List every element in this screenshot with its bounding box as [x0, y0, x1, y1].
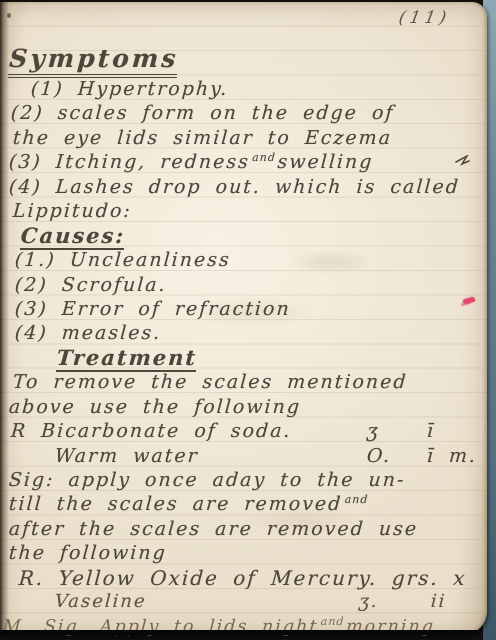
- symptom-item-4: (4) Lashes drop out. which is called: [8, 175, 479, 199]
- superscript-and: and: [252, 151, 277, 164]
- rx-unit-symbol: O.: [366, 444, 392, 468]
- treatment-text-1: To remove the scales mentioned: [8, 370, 479, 394]
- rx-unit-symbol: ʒ: [366, 419, 380, 443]
- symptom-3-text: (3) Itching, redness: [8, 151, 251, 173]
- ink-speck: [7, 13, 11, 18]
- rx-row-vaseline: Vaselineʒ.ii: [8, 590, 479, 614]
- heading-causes: Causes:: [8, 224, 479, 248]
- sig-text-1: Sig: apply once aday to the un-: [8, 468, 479, 492]
- symptom-3-text-cont: swelling: [277, 151, 374, 173]
- symptom-item-3: (3) Itching, rednessandswelling: [8, 150, 479, 174]
- rx-row-bicarbonate: R Bicarbonate of soda.ʒī: [8, 419, 479, 443]
- rx-ingredient: Warm water: [54, 445, 199, 467]
- notebook-photo: (11) Symptoms (1) Hypertrophy. (2) scale…: [0, 0, 496, 640]
- rx-row-yellow-oxide: R. Yellow Oxide of Mercury. grs. x: [8, 566, 479, 590]
- symptom-item-4-cont: Lippitudo:: [8, 199, 479, 223]
- cause-item-4: (4) measles.: [8, 321, 479, 345]
- sig-text: till the scales are removed: [8, 493, 343, 515]
- rx-row-warm-water: Warm waterO.ī m.: [8, 444, 479, 468]
- rx-quantity: ī m.: [426, 444, 478, 468]
- symptom-item-2: (2) scales form on the edge of: [8, 101, 479, 125]
- heading-symptoms: Symptoms: [8, 44, 479, 77]
- sig-text-2: till the scales are removedand: [8, 492, 479, 516]
- symptom-item-1: (1) Hypertrophy.: [8, 77, 479, 101]
- page-number: (11): [397, 8, 451, 28]
- cause-item-1: (1.) Uncleanliness: [8, 248, 479, 272]
- rx-ingredient: Vaseline: [54, 591, 147, 612]
- treatment-text-2: above use the following: [8, 395, 479, 419]
- cause-item-3: (3) Error of refraction: [8, 297, 479, 321]
- rx-quantity: ī: [426, 419, 436, 443]
- cause-item-2: (2) Scrofula.: [8, 273, 479, 297]
- photo-bottom-edge: [0, 630, 481, 635]
- sig-text-3: after the scales are removed use: [8, 517, 479, 541]
- symptom-item-2-cont: the eye lids similar to Eczema: [8, 126, 479, 150]
- rx-ingredient: R Bicarbonate of soda.: [10, 420, 292, 442]
- superscript-and: and: [344, 493, 369, 506]
- rx-quantity: ii: [430, 590, 447, 614]
- rx-unit-symbol: ʒ.: [358, 590, 380, 614]
- sig-final-line: M. Sig. Apply to lids nightandmorning: [2, 615, 479, 639]
- sig-text-4: the following: [8, 541, 479, 565]
- handwritten-text: Symptoms (1) Hypertrophy. (2) scales for…: [8, 44, 477, 639]
- notebook-page: (11) Symptoms (1) Hypertrophy. (2) scale…: [0, 2, 487, 635]
- superscript-and: and: [320, 615, 345, 628]
- heading-treatment: Treatment: [8, 346, 479, 370]
